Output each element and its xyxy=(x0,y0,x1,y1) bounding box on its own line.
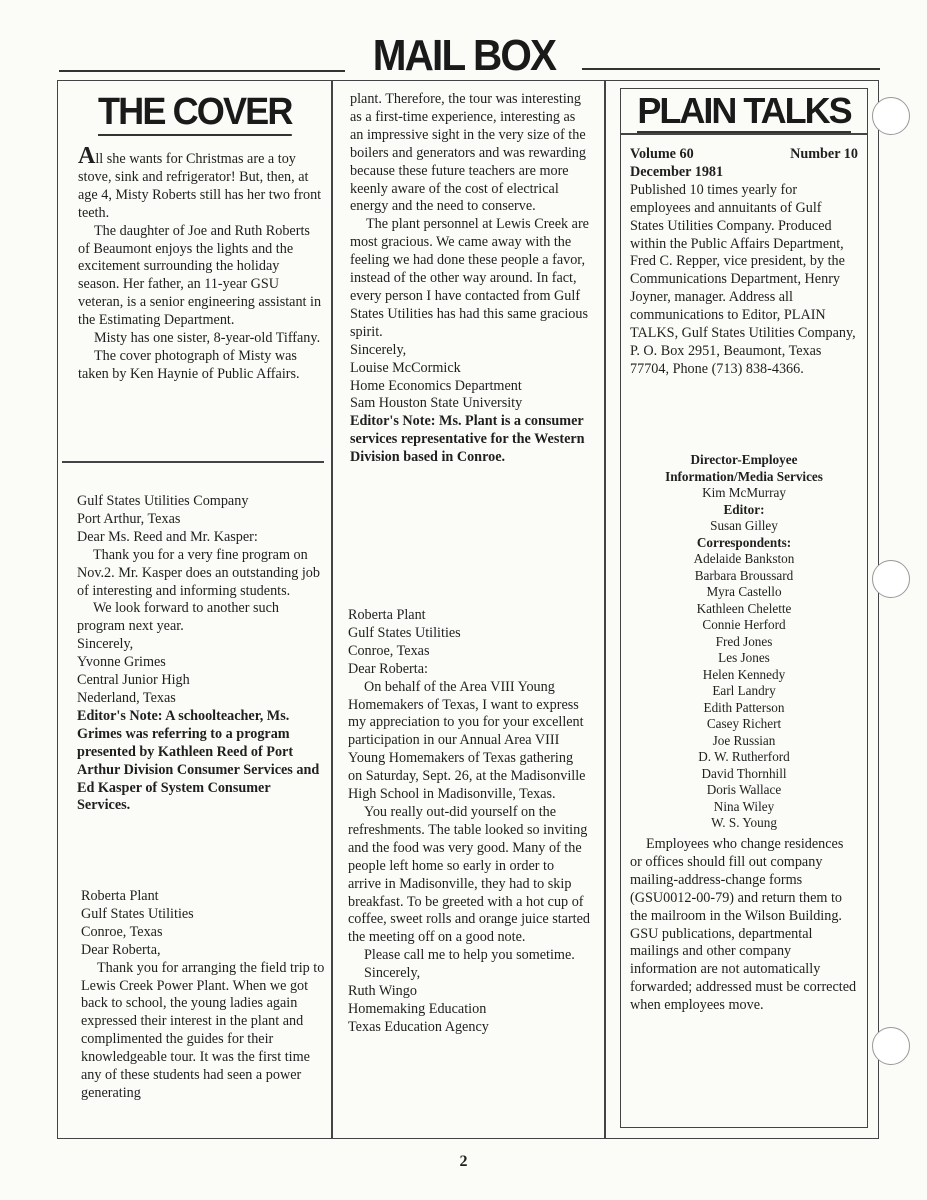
correspondent: Kathleen Chelette xyxy=(630,601,858,618)
affiliation: Home Economics Department xyxy=(350,378,590,396)
staff-name: Kim McMurray xyxy=(630,485,858,502)
correspondent: Helen Kennedy xyxy=(630,667,858,684)
address-line: Roberta Plant xyxy=(81,888,325,906)
address-line: Conroe, Texas xyxy=(348,643,590,661)
address-line: Gulf States Utilities Company xyxy=(77,493,325,511)
masthead-rule-right xyxy=(582,68,880,70)
affiliation: Central Junior High xyxy=(77,672,325,690)
letter-mccormick-part1: Roberta Plant Gulf States Utilities Conr… xyxy=(81,888,325,1103)
staff-list: Director-Employee Information/Media Serv… xyxy=(630,452,858,832)
address-line: Gulf States Utilities xyxy=(348,625,590,643)
staff-label: Director-Employee xyxy=(630,452,858,469)
paragraph: plant. Therefore, the tour was interesti… xyxy=(350,91,590,216)
page-number: 2 xyxy=(0,1153,927,1171)
address-line: Gulf States Utilities xyxy=(81,906,325,924)
publication-info: Published 10 times yearly for employees … xyxy=(630,182,858,379)
signature: Yvonne Grimes xyxy=(77,654,325,672)
column-divider xyxy=(604,80,606,1139)
column-left: THE COVER All she wants for Christmas ar… xyxy=(78,90,324,384)
staff-name: Susan Gilley xyxy=(630,518,858,535)
closing: Sincerely, xyxy=(348,965,590,983)
correspondent: Fred Jones xyxy=(630,634,858,651)
section-title: MAIL BOX xyxy=(356,30,571,82)
affiliation: Texas Education Agency xyxy=(348,1019,590,1037)
affiliation: Nederland, Texas xyxy=(77,690,325,708)
paragraph: Please call me to help you sometime. xyxy=(348,947,590,965)
correspondent: Edith Patterson xyxy=(630,700,858,717)
correspondent: Connie Herford xyxy=(630,617,858,634)
paragraph: The cover photograph of Misty was taken … xyxy=(78,348,324,384)
paragraph: The plant personnel at Lewis Creek are m… xyxy=(350,216,590,341)
plain-talks-info: Volume 60 Number 10 December 1981 Publis… xyxy=(630,146,858,379)
affiliation: Homemaking Education xyxy=(348,1001,590,1019)
paragraph: Employees who change residences or offic… xyxy=(630,836,858,1015)
paragraph: The daughter of Joe and Ruth Roberts of … xyxy=(78,223,324,330)
correspondent: Joe Russian xyxy=(630,733,858,750)
issue-number: Number 10 xyxy=(790,146,858,164)
correspondent: Doris Wallace xyxy=(630,782,858,799)
editors-note: Editor's Note: A schoolteacher, Ms. Grim… xyxy=(77,708,325,815)
salutation: Dear Ms. Reed and Mr. Kasper: xyxy=(77,529,325,547)
punch-hole xyxy=(872,1027,910,1065)
cover-heading: THE COVER xyxy=(98,90,292,136)
staff-label: Information/Media Services xyxy=(630,469,858,486)
correspondent: Casey Richert xyxy=(630,716,858,733)
plain-talks-logo: PLAIN TALKS xyxy=(621,90,867,132)
correspondent: Les Jones xyxy=(630,650,858,667)
paragraph: Thank you for arranging the field trip t… xyxy=(81,960,325,1103)
paragraph: Misty has one sister, 8-year-old Tiffany… xyxy=(78,330,324,348)
salutation: Dear Roberta, xyxy=(81,942,325,960)
correspondent: Adelaide Bankston xyxy=(630,551,858,568)
address-change-notice: Employees who change residences or offic… xyxy=(630,836,858,1015)
affiliation: Sam Houston State University xyxy=(350,395,590,413)
volume: Volume 60 xyxy=(630,146,694,164)
correspondent: D. W. Rutherford xyxy=(630,749,858,766)
signature: Ruth Wingo xyxy=(348,983,590,1001)
masthead-rule-left xyxy=(59,70,345,72)
punch-hole xyxy=(872,97,910,135)
address-line: Port Arthur, Texas xyxy=(77,511,325,529)
staff-label: Editor: xyxy=(630,502,858,519)
letter-mccormick-part2: plant. Therefore, the tour was interesti… xyxy=(350,91,590,467)
plain-talks-title: PLAIN TALKS xyxy=(637,90,850,133)
address-line: Roberta Plant xyxy=(348,607,590,625)
letter-grimes: Gulf States Utilities Company Port Arthu… xyxy=(77,493,325,815)
editors-note: Editor's Note: Ms. Plant is a consumer s… xyxy=(350,413,590,467)
paragraph: You really out-did yourself on the refre… xyxy=(348,804,590,947)
paragraph: ll she wants for Christmas are a toy sto… xyxy=(78,151,321,221)
address-line: Conroe, Texas xyxy=(81,924,325,942)
punch-hole xyxy=(872,560,910,598)
cover-story: All she wants for Christmas are a toy st… xyxy=(78,148,324,384)
closing: Sincerely, xyxy=(350,342,590,360)
salutation: Dear Roberta: xyxy=(348,661,590,679)
correspondent: Nina Wiley xyxy=(630,799,858,816)
column-divider xyxy=(331,80,333,1139)
plain-talks-divider xyxy=(621,133,867,135)
staff-label: Correspondents: xyxy=(630,535,858,552)
correspondent: Barbara Broussard xyxy=(630,568,858,585)
paragraph: We look forward to another such program … xyxy=(77,600,325,636)
drop-cap: A xyxy=(78,143,95,169)
correspondent: David Thornhill xyxy=(630,766,858,783)
issue-date: December 1981 xyxy=(630,164,858,182)
letter-wingo: Roberta Plant Gulf States Utilities Conr… xyxy=(348,607,590,1037)
correspondent: Earl Landry xyxy=(630,683,858,700)
masthead: MAIL BOX xyxy=(57,30,881,82)
signature: Louise McCormick xyxy=(350,360,590,378)
paragraph: On behalf of the Area VIII Young Homemak… xyxy=(348,679,590,804)
closing: Sincerely, xyxy=(77,636,325,654)
correspondent: W. S. Young xyxy=(630,815,858,832)
section-divider xyxy=(62,461,324,463)
paragraph: Thank you for a very fine program on Nov… xyxy=(77,547,325,601)
correspondent: Myra Castello xyxy=(630,584,858,601)
issue-info: Volume 60 Number 10 xyxy=(630,146,858,164)
